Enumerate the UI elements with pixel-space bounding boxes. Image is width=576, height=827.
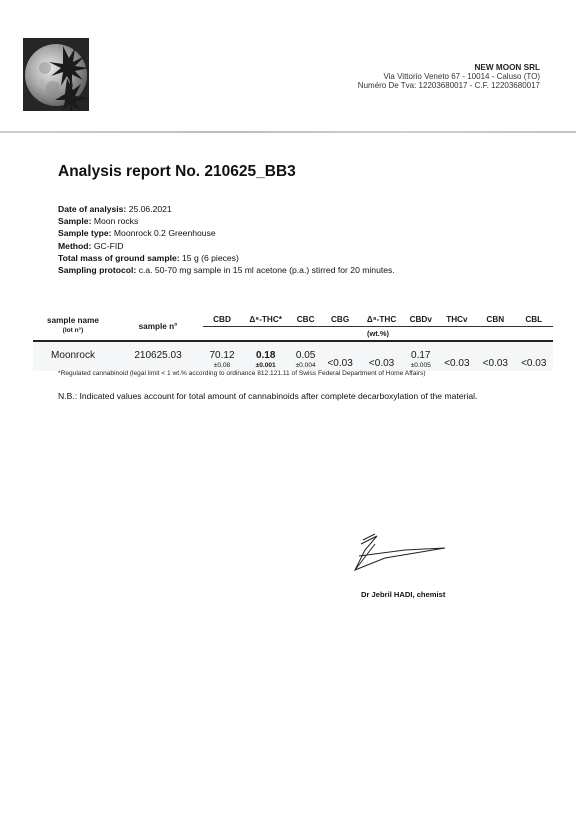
- metadata-value: Moonrock 0.2 Greenhouse: [114, 228, 216, 238]
- value-text: 70.12: [203, 350, 241, 361]
- chemist-name: Dr Jebril HADI, chemist: [361, 590, 445, 599]
- value-text: <0.03: [438, 358, 476, 369]
- header-compound: CBD: [203, 312, 241, 327]
- header-compound: CBG: [321, 312, 359, 327]
- metadata-value: 25.06.2021: [129, 204, 172, 214]
- company-logo: [23, 38, 89, 111]
- header-compound: CBL: [515, 312, 553, 327]
- results-table: sample name (lot n°) sample n° CBD Δ⁹-TH…: [33, 312, 553, 371]
- header-unit: (wt.%): [203, 327, 553, 341]
- header-divider: [0, 131, 576, 133]
- metadata-value: c.a. 50-70 mg sample in 15 ml acetone (p…: [139, 265, 395, 275]
- header-compound: CBDv: [404, 312, 438, 327]
- header-compound: Δ⁹-THC*: [241, 312, 290, 327]
- header-compound: THCv: [438, 312, 476, 327]
- metadata-line: Sample: Moon rocks: [58, 215, 395, 227]
- header-compound: CBC: [290, 312, 321, 327]
- company-info: NEW MOON SRL Via Vittorio Veneto 67 - 10…: [358, 63, 540, 90]
- value-text: <0.03: [476, 358, 514, 369]
- metadata-value: Moon rocks: [94, 216, 138, 226]
- company-tax-ids: Numéro De Tva: 12203680017 - C.F. 122036…: [358, 81, 540, 90]
- value-text: 0.18: [241, 350, 290, 361]
- report-title: Analysis report No. 210625_BB3: [58, 163, 296, 181]
- cell-value: <0.03: [438, 341, 476, 371]
- value-text: <0.03: [515, 358, 553, 369]
- cell-value: <0.03: [476, 341, 514, 371]
- cell-sample-name-text: Moonrock: [33, 350, 113, 361]
- nb-note: N.B.: Indicated values account for total…: [58, 390, 528, 403]
- metadata-label: Method:: [58, 241, 91, 251]
- moon-cannabis-logo-icon: [23, 38, 89, 111]
- cell-sample-no-text: 210625.03: [113, 350, 203, 361]
- signature-icon: [345, 530, 455, 575]
- value-text: <0.03: [321, 358, 359, 369]
- cell-value: <0.03: [515, 341, 553, 371]
- metadata-line: Total mass of ground sample: 15 g (6 pie…: [58, 252, 395, 264]
- cell-value: <0.03: [359, 341, 404, 371]
- cell-value: 0.05±0.004: [290, 341, 321, 371]
- cell-value: 70.12±0.08: [203, 341, 241, 371]
- header-compound: CBN: [476, 312, 514, 327]
- header-lot-label: (lot n°): [33, 326, 113, 336]
- cell-sample-no: 210625.03: [113, 341, 203, 371]
- metadata-line: Sampling protocol: c.a. 50-70 mg sample …: [58, 264, 395, 276]
- metadata-label: Sample type:: [58, 228, 112, 238]
- report-metadata: Date of analysis: 25.06.2021Sample: Moon…: [58, 203, 395, 276]
- cell-sample-name: Moonrock: [33, 341, 113, 371]
- value-text: <0.03: [359, 358, 404, 369]
- metadata-label: Date of analysis:: [58, 204, 126, 214]
- value-text: 0.17: [404, 350, 438, 361]
- value-text: 0.05: [290, 350, 321, 361]
- header-sample-name-label: sample name: [47, 316, 99, 325]
- cell-value: <0.03: [321, 341, 359, 371]
- table-footnote: *Regulated cannabinoid (legal limit < 1 …: [58, 370, 426, 377]
- company-name: NEW MOON SRL: [358, 63, 540, 72]
- header-compound: Δ⁸-THC: [359, 312, 404, 327]
- cell-value: 0.17±0.005: [404, 341, 438, 371]
- metadata-value: 15 g (6 pieces): [182, 253, 239, 263]
- metadata-label: Sample:: [58, 216, 91, 226]
- metadata-line: Method: GC-FID: [58, 240, 395, 252]
- header-sample-name: sample name (lot n°): [33, 312, 113, 340]
- header-sample-no: sample n°: [113, 312, 203, 340]
- metadata-line: Date of analysis: 25.06.2021: [58, 203, 395, 215]
- cell-value: 0.18±0.001: [241, 341, 290, 371]
- metadata-line: Sample type: Moonrock 0.2 Greenhouse: [58, 227, 395, 239]
- metadata-value: GC-FID: [94, 241, 124, 251]
- company-address: Via Vittorio Veneto 67 - 10014 - Caluso …: [358, 72, 540, 81]
- metadata-label: Total mass of ground sample:: [58, 253, 180, 263]
- metadata-label: Sampling protocol:: [58, 265, 136, 275]
- table-row: Moonrock 210625.03 70.12±0.080.18±0.0010…: [33, 341, 553, 371]
